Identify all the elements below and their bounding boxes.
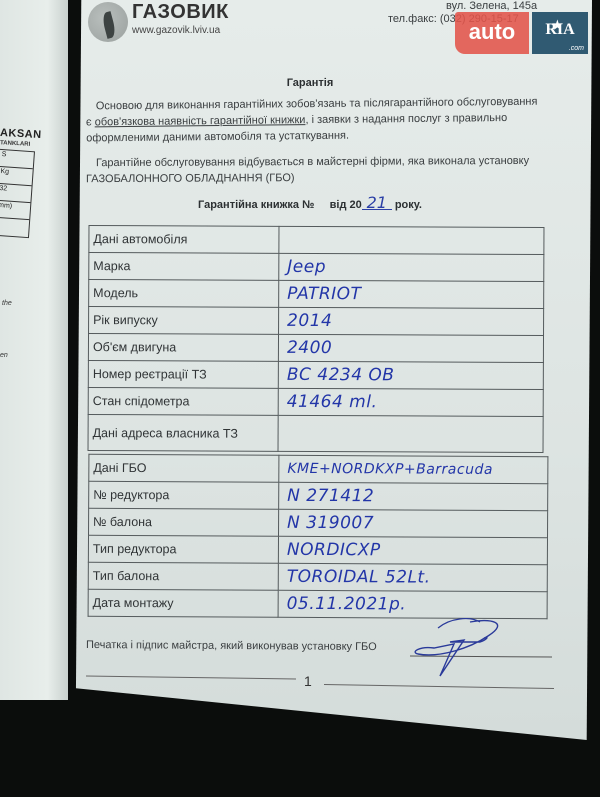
left-fragment: en (0, 352, 8, 359)
car-table-header: Дані автомобіля (89, 226, 279, 254)
row-label: Тип редуктора (88, 535, 278, 563)
watermark-ria: ★ RIA .com (532, 12, 588, 54)
table-row: № балона N 319007 (89, 508, 548, 537)
table-row: Модель PATRIOT (89, 280, 544, 309)
mini-cell: 32 (0, 184, 32, 203)
row-value-owner (278, 415, 543, 452)
mini-cell (0, 218, 29, 237)
paragraph-basis: Основою для виконання гарантійних зобов'… (86, 94, 546, 147)
row-value-year: 2014 (279, 307, 544, 335)
mini-cell: Kg (0, 167, 33, 186)
row-value-install-date: 05.11.2021р. (278, 590, 547, 618)
row-value-registration: BC 4234 OB (278, 361, 543, 389)
table-row: Тип балона TOROIDAL 52Lt. (88, 562, 547, 591)
aksan-brand-sub: TANKLARI (0, 140, 30, 148)
company-name: ГАЗОВИК (132, 1, 229, 24)
signature-label: Печатка і підпис майстра, який виконував… (86, 639, 377, 653)
row-value-model: PATRIOT (279, 280, 544, 308)
underlined-requirement: обов'язкова наявність гарантійної книжки (95, 114, 306, 128)
row-label: Дані адреса власника ТЗ (88, 415, 278, 452)
row-label: Модель (89, 280, 279, 308)
row-label: № редуктора (89, 481, 279, 509)
row-label: № балона (89, 508, 279, 536)
car-data-table: Дані автомобіля Марка Jeep Модель PATRIO… (88, 225, 545, 453)
table-row: № редуктора N 271412 (89, 481, 548, 510)
left-fragment: the (2, 300, 12, 307)
page-number: 1 (304, 673, 312, 689)
row-label: Об'єм двигуна (88, 334, 278, 362)
book-from: від 20 (330, 199, 362, 211)
table-row: Дата монтажу 05.11.2021р. (88, 589, 547, 618)
book-year-suffix: року. (395, 199, 422, 211)
row-value-reducer-type: NORDICXP (278, 536, 547, 564)
book-label: Гарантійна книжка № (198, 199, 314, 211)
paragraph-service: Гарантійне обслуговування відбувається в… (86, 153, 546, 187)
row-label: Тип балона (88, 562, 278, 590)
gbo-data-table: Дані ГБО KME+NORDKXP+Barracuda № редукто… (88, 454, 549, 619)
table-row: Рік випуску 2014 (89, 307, 544, 336)
signature-icon (410, 618, 510, 678)
document-title: Гарантія (0, 77, 600, 89)
table-row: Тип редуктора NORDICXP (88, 535, 547, 564)
table-row: Дані автомобіля (89, 226, 544, 255)
row-value-tank-no: N 319007 (279, 509, 548, 537)
row-label: Номер реєтрації ТЗ (88, 361, 278, 389)
table-row: Дані адреса власника ТЗ (88, 415, 543, 453)
table-row: Об'єм двигуна 2400 (88, 334, 543, 363)
row-label: Дата монтажу (88, 589, 278, 617)
book-year-handwritten: 21 (362, 197, 392, 210)
row-label: Дані ГБО (89, 454, 279, 482)
watermark-com: .com (569, 45, 584, 53)
car-table-header-value (279, 226, 544, 254)
company-address: вул. Зелена, 145а (446, 0, 537, 12)
row-label: Стан спідометра (88, 388, 278, 416)
table-row: Марка Jeep (89, 253, 544, 282)
warranty-book-line: Гарантійна книжка № від 2021 року. (198, 197, 422, 211)
aksan-brand: AKSAN (0, 127, 42, 141)
row-value-reducer-no: N 271412 (279, 482, 548, 510)
row-value-odometer: 41464 ml. (278, 388, 543, 416)
gazovik-logo-icon (88, 2, 128, 42)
left-mini-table: S Kg 32 mm) (0, 149, 35, 238)
row-value-engine: 2400 (278, 334, 543, 362)
watermark-auto: auto (455, 12, 529, 54)
company-url: www.gazovik.lviv.ua (132, 25, 220, 36)
row-label: Рік випуску (89, 307, 279, 335)
table-row: Дані ГБО KME+NORDKXP+Barracuda (89, 454, 548, 483)
row-value-make: Jeep (279, 253, 544, 281)
row-label: Марка (89, 253, 279, 281)
mini-cell: mm) (0, 201, 30, 220)
left-booklet-page: AKSAN TANKLARI S Kg 32 mm) the en (0, 0, 68, 700)
star-icon: ★ (552, 7, 563, 43)
table-row: Стан спідометра 41464 ml. (88, 388, 543, 417)
table-row: Номер реєтрації ТЗ BC 4234 OB (88, 361, 543, 390)
row-value-tank-type: TOROIDAL 52Lt. (278, 563, 547, 591)
row-value-gbo: KME+NORDKXP+Barracuda (279, 455, 548, 483)
